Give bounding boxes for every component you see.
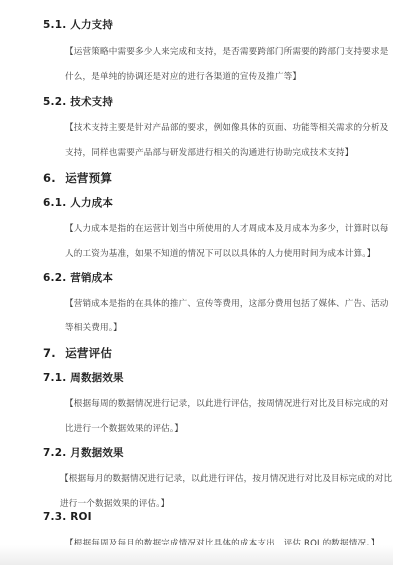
paragraph-line: 【运营策略中需要多少人来完成和支持，是否需要跨部门所需要的跨部门支持要求是: [65, 45, 375, 57]
heading-6-2: 6.2. 营销成本: [43, 270, 113, 285]
heading-title: ROI: [70, 511, 92, 523]
paragraph-line: 【根据每月的数据情况进行记录，以此进行评估，按月情况进行对比及目标完成的对比: [60, 472, 370, 484]
paragraph-line: 【根据每周的数据情况进行记录，以此进行评估，按周情况进行对比及目标完成的对: [65, 397, 375, 409]
heading-number: 6.1.: [43, 197, 66, 209]
heading-number: 5.2.: [43, 96, 66, 108]
heading-number: 5.1.: [43, 19, 66, 31]
heading-title: 技术支持: [70, 96, 113, 108]
heading-number: 6.2.: [43, 272, 66, 284]
heading-number: 7.: [43, 346, 61, 360]
heading-7: 7. 运营评估: [43, 345, 112, 361]
heading-5-2: 5.2. 技术支持: [43, 94, 113, 109]
heading-number: 7.2.: [43, 447, 66, 459]
page-bottom-shadow: [0, 545, 393, 565]
heading-number: 7.3.: [43, 511, 66, 523]
heading-7-3: 7.3. ROI: [43, 511, 92, 523]
heading-title: 月数据效果: [70, 447, 124, 459]
paragraph-line: 【营销成本是指的在具体的推广、宣传等费用，这部分费用包括了媒体、广告、活动: [65, 297, 375, 309]
heading-title: 运营预算: [65, 171, 112, 185]
heading-title: 人力支持: [70, 19, 113, 31]
heading-5-1: 5.1. 人力支持: [43, 17, 113, 32]
paragraph-line: 进行一个数据效果的评估。】: [60, 497, 370, 509]
paragraph-line: 支持，同样也需要产品部与研发部进行相关的沟通进行协助完成技术支持】: [65, 146, 375, 158]
document-page: 5.1. 人力支持 【运营策略中需要多少人来完成和支持，是否需要跨部门所需要的跨…: [0, 0, 393, 565]
heading-number: 7.1.: [43, 372, 66, 384]
heading-title: 人力成本: [70, 197, 113, 209]
heading-title: 周数据效果: [70, 372, 124, 384]
heading-7-2: 7.2. 月数据效果: [43, 445, 124, 460]
paragraph-line: 【人力成本是指的在运营计划当中所使用的人才周成本及月成本为多少，计算时以每: [65, 222, 375, 234]
paragraph-line: 等相关费用。】: [65, 321, 375, 333]
heading-title: 运营评估: [65, 346, 112, 360]
paragraph-line: 比进行一个数据效果的评估。】: [65, 422, 375, 434]
paragraph-line: 什么，是单纯的协调还是对应的进行各渠道的宣传及推广等】: [65, 70, 375, 82]
heading-title: 营销成本: [70, 272, 113, 284]
heading-number: 6.: [43, 171, 61, 185]
paragraph-line: 【技术支持主要是针对产品部的要求，例如像具体的页面、功能等相关需求的分析及: [65, 121, 375, 133]
heading-6: 6. 运营预算: [43, 170, 112, 186]
heading-7-1: 7.1. 周数据效果: [43, 370, 124, 385]
paragraph-line: 人的工资为基准，如果不知道的情况下可以以具体的人力使用时间为成本计算。】: [65, 247, 375, 259]
heading-6-1: 6.1. 人力成本: [43, 195, 113, 210]
